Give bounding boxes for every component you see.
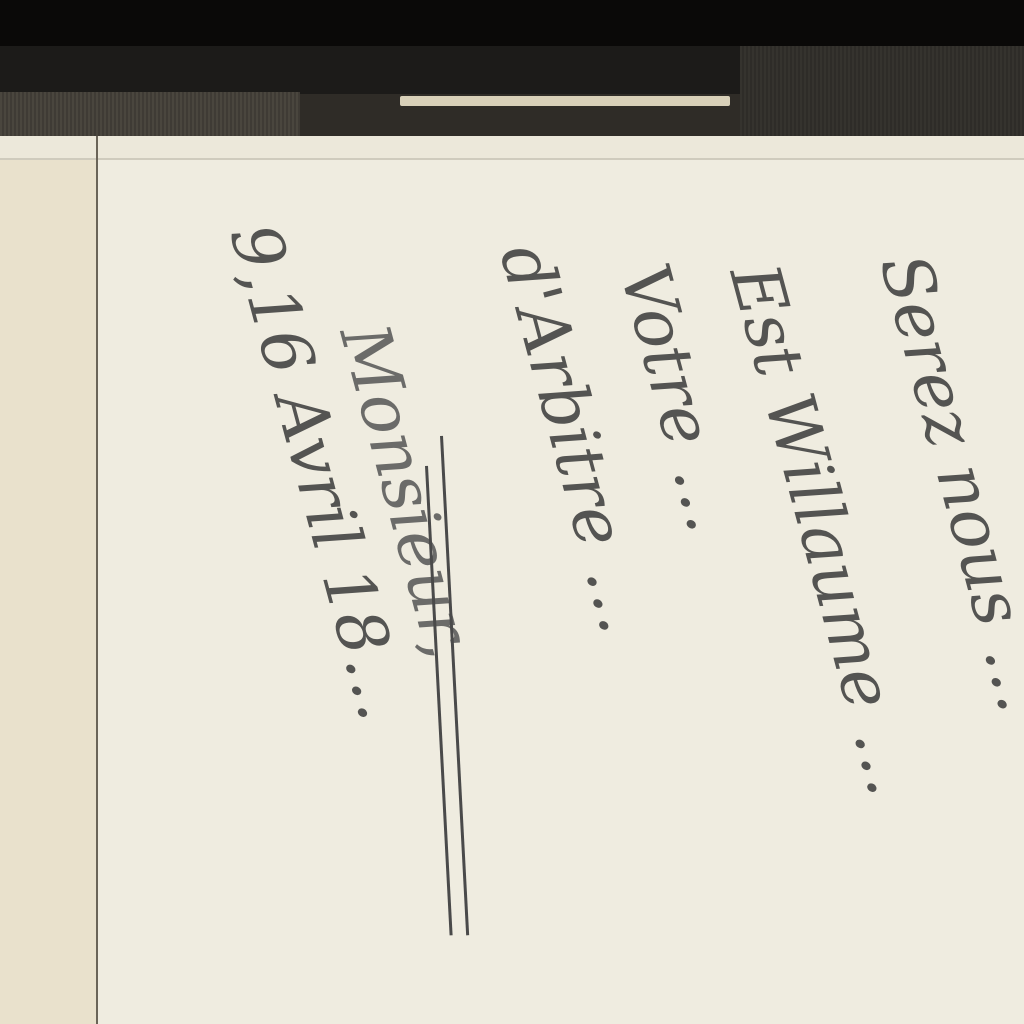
background-dark <box>0 0 1024 48</box>
torn-paper-edge <box>400 96 730 106</box>
notebook-page: 9,16 Avril 18… Monsieur, d'Arbitre … Vot… <box>0 136 1024 1024</box>
book-binding-cloth-right <box>740 46 1024 136</box>
book-binding-cloth-left <box>0 92 300 136</box>
book-binding-top <box>0 46 740 94</box>
page-margin-strip <box>0 160 96 1024</box>
